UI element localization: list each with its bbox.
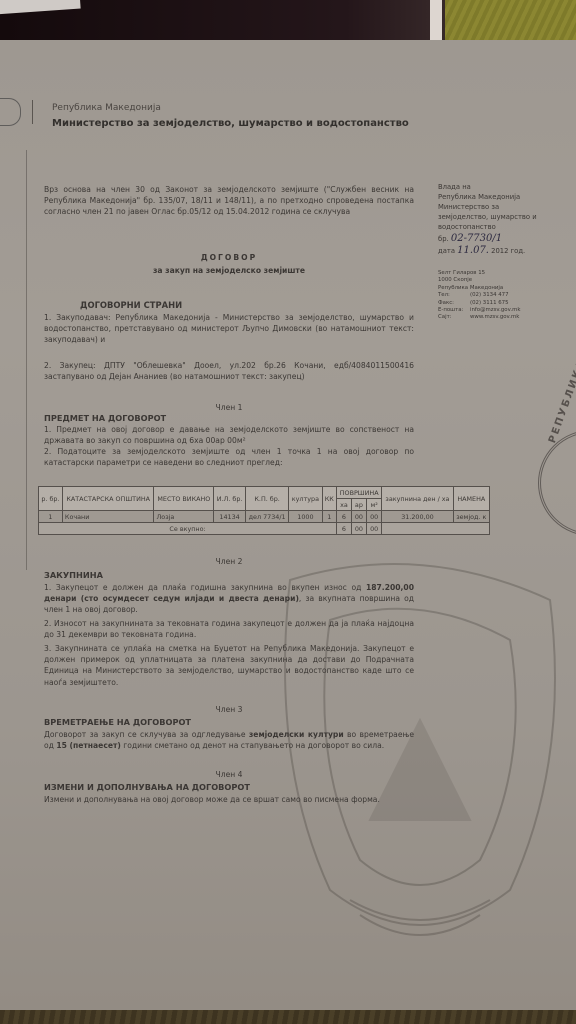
- article-4-heading: ИЗМЕНИ И ДОПОЛНУВАЊА НА ДОГОВОРОТ: [44, 782, 250, 793]
- col-ha: ха: [337, 499, 352, 511]
- col-ar: ар: [351, 499, 366, 511]
- intro-paragraph: Врз основа на член 30 од Законот за земј…: [44, 184, 414, 218]
- fax-label: Факс:: [438, 300, 470, 307]
- contact-block: Ѕелт Гиларов 15 1000 Скопје Република Ма…: [438, 270, 520, 322]
- col-m2: м²: [367, 499, 382, 511]
- article-4-p1: Измени и дополнувања на овој договор мож…: [44, 794, 414, 805]
- email-value: info@mzsv.gov.mk: [470, 307, 520, 313]
- header-republic: Република Македонија: [52, 103, 161, 114]
- article-4-label: Член 4: [44, 769, 414, 780]
- web-value: www.mzsv.gov.mk: [470, 314, 519, 320]
- parties-heading: ДОГОВОРНИ СТРАНИ: [80, 300, 182, 311]
- total-m2: 00: [367, 523, 382, 535]
- number-label: бр.: [438, 235, 449, 243]
- date-label: дата: [438, 247, 455, 255]
- crop-type: земјоделски култури: [249, 730, 344, 739]
- registry-block: Влада на Република Македонија Министерст…: [438, 182, 537, 256]
- cell-m2: 00: [367, 511, 382, 523]
- email-label: Е-пошта:: [438, 307, 470, 314]
- year-suffix: 2012 год.: [491, 247, 525, 255]
- article-3-label: Член 3: [44, 704, 414, 715]
- total-empty: [382, 523, 490, 535]
- article-1-p1: 1. Предмет на овој договор е давање на з…: [44, 424, 414, 446]
- party-2: 2. Закупец: ДПТУ "Облешевка" Дооел, ул.2…: [44, 360, 414, 382]
- address-line: 1000 Скопје: [438, 277, 520, 284]
- col-no: р. бр.: [39, 487, 63, 511]
- registry-line: земјоделство, шумарство и: [438, 212, 537, 222]
- registry-line: Министерство за: [438, 202, 537, 212]
- cadastre-table: р. бр. КАТАСТАРСКА ОПШТИНА МЕСТО ВИКАНО …: [38, 486, 490, 535]
- background-edge: [430, 0, 442, 44]
- registry-date: 11.07.: [457, 245, 489, 256]
- party-1: 1. Закуподавач: Република Македонија - М…: [44, 312, 414, 346]
- header-divider: [32, 100, 33, 124]
- article-3-heading: ВРЕМЕТРАЕЊЕ НА ДОГОВОРОТ: [44, 717, 191, 728]
- background-fabric: [445, 0, 576, 42]
- background-desk-bottom: [0, 1010, 576, 1024]
- address-line: Република Македонија: [438, 285, 520, 292]
- cell-kp: дел 7734/1: [245, 511, 288, 523]
- cell-ar: 00: [351, 511, 366, 523]
- article-1-label: Член 1: [44, 402, 414, 413]
- article-2-p1-text: 1. Закупецот е должен да плаќа годишна з…: [44, 583, 366, 592]
- address-line: Ѕелт Гиларов 15: [438, 270, 520, 277]
- registry-line: Република Македонија: [438, 192, 537, 202]
- article-1-heading: ПРЕДМЕТ НА ДОГОВОРОТ: [44, 413, 166, 424]
- article-2-heading: ЗАКУПНИНА: [44, 570, 103, 581]
- tel-label: Тел:: [438, 292, 470, 299]
- coat-of-arms-logo-icon: [0, 98, 21, 126]
- col-area: ПОВРШИНА: [337, 487, 382, 499]
- article-2-p3: 3. Закупнината се уплаќа на сметка на Бу…: [44, 643, 414, 688]
- cell-locality: Лозја: [154, 511, 214, 523]
- article-2-p1: 1. Закупецот е должен да плаќа годишна з…: [44, 582, 414, 616]
- article-3-p1: Договорот за закуп се склучува за одглед…: [44, 729, 414, 751]
- header-ministry: Министерство за земјоделство, шумарство …: [52, 118, 409, 129]
- registry-line: Влада на: [438, 182, 537, 192]
- web-label: Сајт:: [438, 314, 470, 321]
- col-kk: КК: [322, 487, 337, 511]
- cell-kk: 1: [322, 511, 337, 523]
- margin-line: [26, 150, 27, 570]
- cell-culture: 1000: [289, 511, 322, 523]
- background-desk-top: [0, 0, 576, 45]
- cell-no: 1: [39, 511, 63, 523]
- table-total-row: Се вкупно: 6 00 00: [39, 523, 490, 535]
- document-title: ДОГОВОР: [44, 252, 414, 263]
- total-label: Се вкупно:: [39, 523, 337, 535]
- col-culture: култура: [289, 487, 322, 511]
- col-municipality: КАТАСТАРСКА ОПШТИНА: [62, 487, 154, 511]
- col-locality: МЕСТО ВИКАНО: [154, 487, 214, 511]
- document-subtitle: за закуп на земјоделско земјиште: [44, 265, 414, 276]
- article-3-text-tail: години сметано од денот на стапувањето н…: [121, 741, 384, 750]
- article-2-label: Член 2: [44, 556, 414, 567]
- total-ha: 6: [337, 523, 352, 535]
- cell-municipality: Кочани: [62, 511, 154, 523]
- registry-number: 02-7730/1: [451, 233, 502, 244]
- background-paper: [0, 0, 81, 15]
- cell-purpose: земјод. к: [453, 511, 489, 523]
- col-purpose: НАМЕНА: [453, 487, 489, 511]
- total-ar: 00: [351, 523, 366, 535]
- tel-value: (02) 3134 477: [470, 292, 509, 298]
- col-kp: К.П. бр.: [245, 487, 288, 511]
- col-rent: закупнина ден / ха: [382, 487, 453, 511]
- registry-line: водостопанство: [438, 222, 537, 232]
- cell-ha: 6: [337, 511, 352, 523]
- cell-il: 14134: [214, 511, 246, 523]
- article-3-text: Договорот за закуп се склучува за одглед…: [44, 730, 249, 739]
- fax-value: (02) 3111 675: [470, 300, 509, 306]
- table-row: 1 Кочани Лозја 14134 дел 7734/1 1000 1 6…: [39, 511, 490, 523]
- lease-duration: 15 (петнаесет): [56, 741, 121, 750]
- article-2-p2: 2. Износот на закупнината за тековната г…: [44, 618, 414, 640]
- article-1-p2: 2. Податоците за земјоделското земјиште …: [44, 446, 414, 468]
- col-il: И.Л. бр.: [214, 487, 246, 511]
- cell-rent: 31.200,00: [382, 511, 453, 523]
